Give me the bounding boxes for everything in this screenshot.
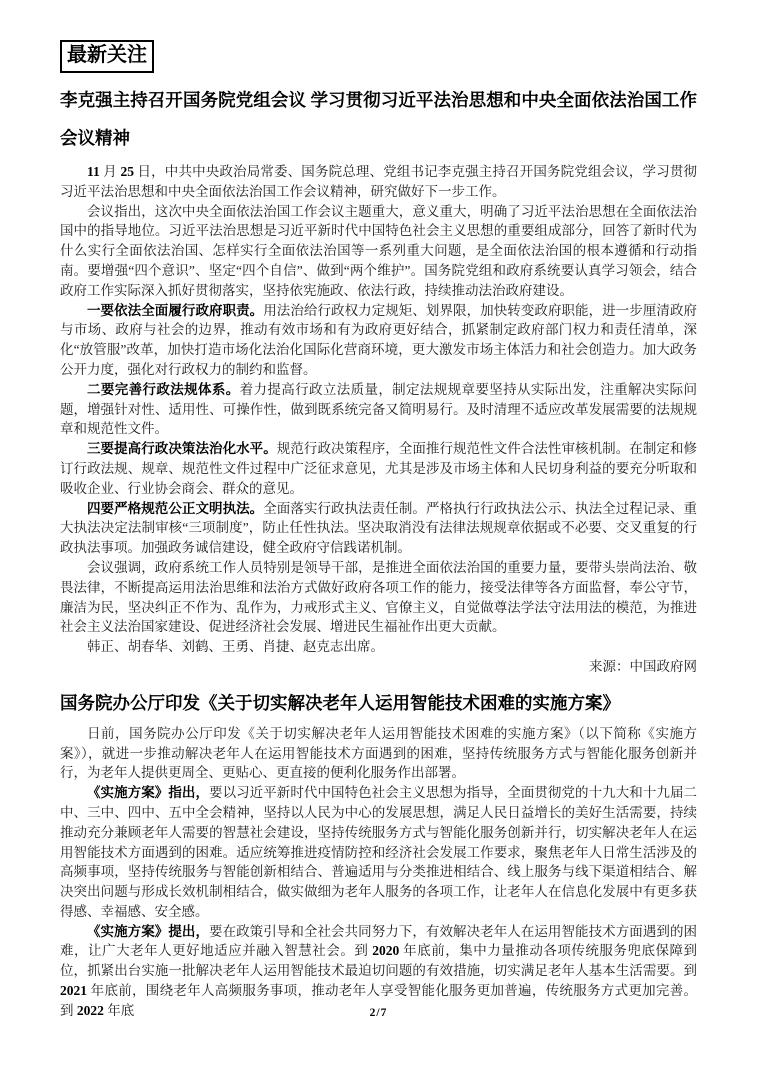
text-segment: 2021	[60, 983, 87, 998]
article1-paragraph-6: 四要严格规范公正文明执法。全面落实行政执法责任制。严格执行行政执法公示、执法全过…	[60, 499, 697, 558]
text-segment: 日，中共中央政治局常委、国务院总理、党组书记李克强主持召开国务院党组会议，学习贯…	[60, 164, 697, 199]
text-segment: 25	[120, 164, 134, 179]
page-content: 最新关注 李克强主持召开国务院党组会议 学习贯彻习近平法治思想和中央全面依法治国…	[0, 0, 757, 1021]
section-tag: 最新关注	[60, 40, 154, 73]
article1-paragraph-7: 会议强调，政府系统工作人员特别是领导干部，是推进全面依法治国的重要力量，要带头崇…	[60, 558, 697, 637]
article2-paragraph-3: 《实施方案》提出，要在政策引导和全社会共同努力下，有效解决老年人在运用智能技术方…	[60, 922, 697, 1021]
article2-title: 国务院办公厅印发《关于切实解决老年人运用智能技术困难的实施方案》	[60, 690, 697, 717]
text-segment: 2020	[372, 943, 399, 958]
article1-paragraph-5: 三要提高行政决策法治化水平。规范行政决策程序，全面推行规范性文件合法性审核机制。…	[60, 439, 697, 498]
text-segment: 三要提高行政决策法治化水平。	[87, 441, 277, 456]
article1-paragraph-1: 11 月 25 日，中共中央政治局常委、国务院总理、党组书记李克强主持召开国务院…	[60, 162, 697, 202]
article1-paragraph-4: 二要完善行政法规体系。着力提高行政立法质量，制定法规规章要坚持从实际出发，注重解…	[60, 380, 697, 439]
article1-paragraph-8: 韩正、胡春华、刘鹤、王勇、肖捷、赵克志出席。	[60, 637, 697, 657]
text-segment: 二要完善行政法规体系。	[87, 382, 240, 397]
document-page: 最新关注 李克强主持召开国务院党组会议 学习贯彻习近平法治思想和中央全面依法治国…	[0, 0, 757, 1072]
text-segment: 要以习近平新时代中国特色社会主义思想为指导，全面贯彻党的十九大和十九届二中、三中…	[60, 785, 697, 919]
source-line: 来源：中国政府网	[60, 657, 697, 677]
article1-paragraph-2: 会议指出，这次中央全面依法治国工作会议主题重大，意义重大，明确了习近平法治思想在…	[60, 202, 697, 301]
page-number: 2/7	[0, 1007, 757, 1019]
text-segment: 月	[100, 164, 121, 179]
article1-paragraph-3: 一要依法全面履行政府职责。用法治给行政权力定规矩、划界限，加快转变政府职能，进一…	[60, 301, 697, 380]
text-segment: 11	[87, 164, 100, 179]
text-segment: 一要依法全面履行政府职责。	[87, 303, 263, 318]
article1-title: 李克强主持召开国务院党组会议 学习贯彻习近平法治思想和中央全面依法治国工作会议精…	[60, 81, 697, 157]
text-segment: 《实施方案》提出，	[87, 924, 209, 939]
article2-paragraph-2: 《实施方案》指出，要以习近平新时代中国特色社会主义思想为指导，全面贯彻党的十九大…	[60, 783, 697, 922]
article2-paragraph-1: 日前，国务院办公厅印发《关于切实解决老年人运用智能技术困难的实施方案》（以下简称…	[60, 724, 697, 783]
text-segment: 《实施方案》指出，	[87, 785, 209, 800]
text-segment: 四要严格规范公正文明执法。	[87, 501, 263, 516]
